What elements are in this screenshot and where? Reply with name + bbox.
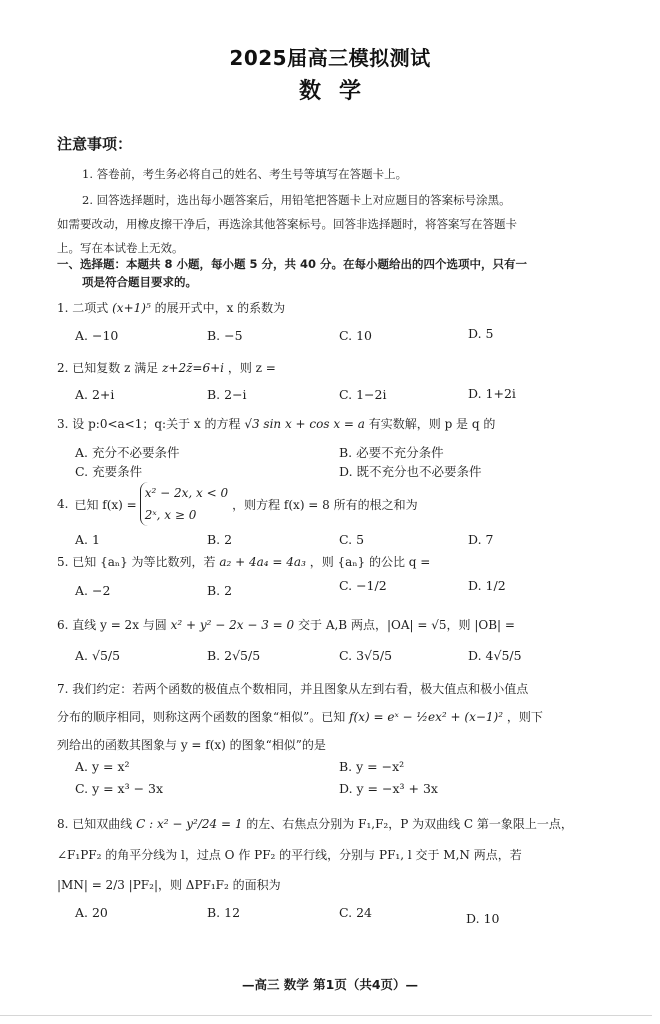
question-stem: 已知复数 z 满足: [72, 361, 158, 375]
question-stem: ，则下: [507, 710, 543, 724]
notice-item-2: 2. 回答选择题时，选出每小题答案后，用铅笔把答题卡上对应题目的答案标号涂黑。: [82, 192, 511, 208]
question-stem: 的左、右焦点分别为 F₁,F₂，P 为双曲线 C 第一象限上一点，: [246, 817, 573, 831]
question-3: 3. 设 p:0<a<1；q:关于 x 的方程 √3 sin x + cos x…: [57, 415, 495, 432]
question-1: 1. 二项式 (x+1)⁵ 的展开式中，x 的系数为: [57, 299, 285, 316]
question-6: 6. 直线 y = 2x 与圆 x² + y² − 2x − 3 = 0 交于 …: [57, 616, 515, 633]
option-3c[interactable]: C. 充要条件: [75, 462, 142, 480]
question-stem: 我们约定：若两个函数的极值点个数相同，并且图象从左到右看，极大值点和极小值点: [72, 682, 528, 696]
notice-item-1: 1. 答卷前，考生务必将自己的姓名、考生号等填写在答题卡上。: [82, 166, 407, 182]
question-stem: 已知 {aₙ} 为等比数列，若: [72, 555, 215, 569]
option-7a[interactable]: A. y = x²: [75, 759, 130, 774]
question-stem: ，则 z =: [228, 361, 276, 375]
question-7-line2: 分布的顺序相同，则称这两个函数的图象“相似”。已知 f(x) = eˣ − ½e…: [57, 708, 543, 725]
notice-heading: 注意事项：: [57, 133, 132, 154]
question-stem: 已知双曲线: [72, 817, 132, 831]
question-8-line3: |MN| = 2/3 |PF₂|，则 ΔPF₁F₂ 的面积为: [57, 876, 281, 893]
question-number: 7.: [57, 682, 68, 696]
option-6d[interactable]: D. 4√5/5: [468, 648, 522, 663]
option-4a[interactable]: A. 1: [75, 532, 100, 547]
math-expression: x² + y² − 2x − 3 = 0: [171, 618, 295, 632]
question-number: 8.: [57, 817, 68, 831]
option-2b[interactable]: B. 2−i: [207, 387, 247, 402]
exam-title: 2025届高三模拟测试: [0, 42, 660, 71]
option-1d[interactable]: D. 5: [468, 326, 493, 341]
math-expression: a₂ + 4a₄ = 4a₃: [219, 555, 306, 569]
question-stem: 分布的顺序相同，则称这两个函数的图象“相似”。已知: [57, 710, 345, 724]
question-number: 2.: [57, 361, 68, 375]
math-expression: C : x² − y²/24 = 1: [136, 817, 242, 831]
question-stem: ，则方程 f(x) = 8 所有的根之和为: [232, 496, 418, 513]
question-stem: 设 p:0<a<1；q:关于 x 的方程: [72, 417, 240, 431]
question-stem: 交于 A,B 两点，|OA| = √5，则 |OB| =: [298, 618, 515, 632]
math-expression: (x+1)⁵: [112, 301, 151, 315]
question-number: 3.: [57, 417, 68, 431]
exam-page: 2025届高三模拟测试 数学 注意事项： 1. 答卷前，考生务必将自己的姓名、考…: [0, 0, 660, 1024]
option-1b[interactable]: B. −5: [207, 328, 243, 343]
math-expression: √3 sin x + cos x = a: [244, 417, 365, 431]
question-8: 8. 已知双曲线 C : x² − y²/24 = 1 的左、右焦点分别为 F₁…: [57, 815, 573, 832]
math-expression: z+2z̄=6+i: [162, 361, 224, 375]
math-expression: f(x) = eˣ − ½ex² + (x−1)²: [349, 710, 503, 724]
option-5d[interactable]: D. 1/2: [468, 578, 506, 593]
piecewise-function: x² − 2x, x < 0 2ˣ, x ≥ 0: [140, 482, 228, 526]
question-2: 2. 已知复数 z 满足 z+2z̄=6+i ，则 z =: [57, 359, 276, 376]
option-8b[interactable]: B. 12: [207, 905, 240, 920]
question-stem: 二项式: [72, 301, 108, 315]
question-number: 5.: [57, 555, 68, 569]
option-5b[interactable]: B. 2: [207, 583, 232, 598]
option-4d[interactable]: D. 7: [468, 532, 493, 547]
piece-bottom: 2ˣ, x ≥ 0: [145, 504, 228, 526]
option-4b[interactable]: B. 2: [207, 532, 232, 547]
option-7d[interactable]: D. y = −x³ + 3x: [339, 781, 438, 796]
question-stem: ，则 {aₙ} 的公比 q =: [310, 555, 431, 569]
subject-title: 数学: [0, 74, 660, 105]
notice-item-2-cont: 如需要改动，用橡皮擦干净后，再选涂其他答案标号。回答非选择题时，将答案写在答题卡: [57, 216, 517, 232]
bottom-divider: [0, 1015, 652, 1016]
notice-item-2-end: 上。写在本试卷上无效。: [57, 240, 184, 256]
option-3d[interactable]: D. 既不充分也不必要条件: [339, 462, 482, 480]
option-7c[interactable]: C. y = x³ − 3x: [75, 781, 163, 796]
option-2a[interactable]: A. 2+i: [75, 387, 114, 402]
question-number: 6.: [57, 618, 68, 632]
option-4c[interactable]: C. 5: [339, 532, 364, 547]
piece-top: x² − 2x, x < 0: [145, 482, 228, 504]
question-stem: 已知 f(x) =: [74, 496, 136, 513]
question-5: 5. 已知 {aₙ} 为等比数列，若 a₂ + 4a₄ = 4a₃ ，则 {aₙ…: [57, 553, 430, 570]
option-5a[interactable]: A. −2: [75, 583, 110, 598]
option-3a[interactable]: A. 充分不必要条件: [75, 443, 179, 461]
option-8d[interactable]: D. 10: [466, 911, 499, 926]
option-5c[interactable]: C. −1/2: [339, 578, 387, 593]
option-6b[interactable]: B. 2√5/5: [207, 648, 260, 663]
question-stem: 的展开式中，x 的系数为: [155, 301, 286, 315]
section-heading-cont: 项是符合题目要求的。: [82, 274, 197, 290]
option-6c[interactable]: C. 3√5/5: [339, 648, 392, 663]
question-4: 4. 已知 f(x) = x² − 2x, x < 0 2ˣ, x ≥ 0 ，则…: [57, 482, 418, 526]
option-2c[interactable]: C. 1−2i: [339, 387, 386, 402]
section-heading: 一、选择题：本题共 8 小题，每小题 5 分，共 40 分。在每小题给出的四个选…: [57, 256, 527, 272]
question-stem: 直线 y = 2x 与圆: [72, 618, 167, 632]
option-7b[interactable]: B. y = −x²: [339, 759, 404, 774]
option-3b[interactable]: B. 必要不充分条件: [339, 443, 444, 461]
page-footer: —高三 数学 第1页（共4页）—: [0, 975, 660, 993]
option-6a[interactable]: A. √5/5: [75, 648, 120, 663]
option-2d[interactable]: D. 1+2i: [468, 386, 516, 401]
option-8c[interactable]: C. 24: [339, 905, 372, 920]
question-number: 1.: [57, 301, 68, 315]
question-8-line2: ∠F₁PF₂ 的角平分线为 l，过点 O 作 PF₂ 的平行线，分别与 PF₁,…: [57, 846, 522, 863]
question-number: 4.: [57, 497, 68, 511]
option-1c[interactable]: C. 10: [339, 328, 372, 343]
question-stem: 有实数解，则 p 是 q 的: [369, 417, 496, 431]
option-8a[interactable]: A. 20: [75, 905, 108, 920]
question-7: 7. 我们约定：若两个函数的极值点个数相同，并且图象从左到右看，极大值点和极小值…: [57, 680, 528, 697]
option-1a[interactable]: A. −10: [75, 328, 118, 343]
question-7-line3: 列给出的函数其图象与 y = f(x) 的图象“相似”的是: [57, 736, 326, 753]
